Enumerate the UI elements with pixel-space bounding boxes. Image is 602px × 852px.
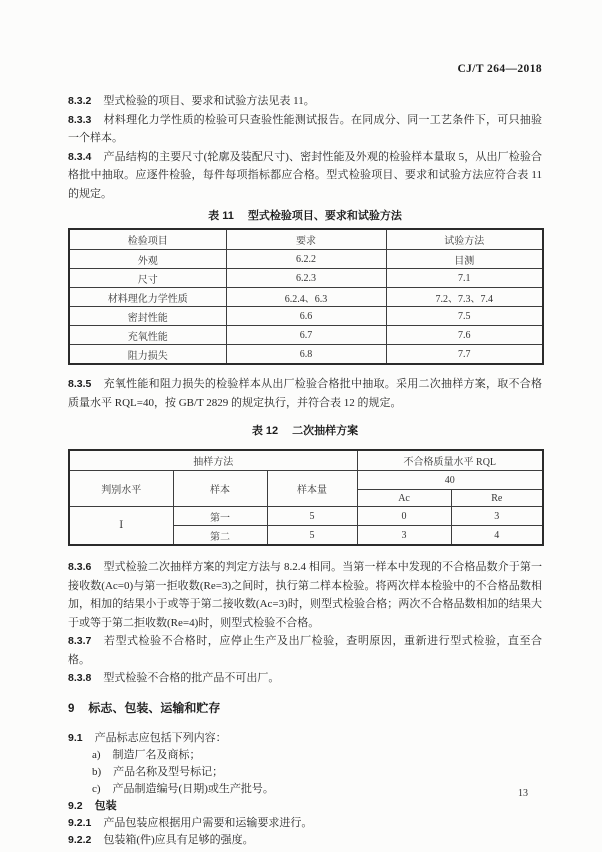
table-11-caption-label: 表 11 bbox=[208, 210, 234, 222]
clause-8-3-8: 8.3.8型式检验不合格的批产品不可出厂。 bbox=[68, 669, 542, 688]
clause-text: 包装箱(件)应具有足够的强度。 bbox=[103, 834, 253, 846]
clause-number: 8.3.3 bbox=[68, 114, 91, 126]
column-header: 要求 bbox=[226, 229, 386, 250]
list-item-label: a) bbox=[92, 749, 101, 761]
clause-number: 8.3.5 bbox=[68, 378, 91, 390]
list-item-label: c) bbox=[92, 783, 101, 795]
list-item-label: b) bbox=[92, 766, 101, 778]
clause-text: 型式检验的项目、要求和试验方法见表 11。 bbox=[103, 95, 314, 107]
list-item-text: 产品制造编号(日期)或生产批号。 bbox=[113, 783, 274, 795]
cell: 6.6 bbox=[226, 307, 386, 326]
clause-text: 产品标志应包括下列内容： bbox=[95, 732, 227, 744]
cell: 7.6 bbox=[386, 326, 543, 345]
table-row: 外观 6.2.2 目测 bbox=[69, 250, 543, 269]
clause-8-3-5: 8.3.5充氧性能和阻力损失的检验样本从出厂检验合格批中抽取。采用二次抽样方案，… bbox=[68, 375, 542, 412]
clause-8-3-2: 8.3.2型式检验的项目、要求和试验方法见表 11。 bbox=[68, 92, 542, 111]
cell: 充氧性能 bbox=[69, 326, 226, 345]
clause-number: 8.3.4 bbox=[68, 151, 91, 163]
clause-text: 产品结构的主要尺寸(轮廓及装配尺寸)、密封性能及外观的检验样本量取 5，从出厂检… bbox=[68, 151, 542, 200]
cell: 第二 bbox=[173, 526, 267, 546]
clause-number: 9.1 bbox=[68, 732, 83, 744]
table-12: 抽样方法 不合格质量水平 RQL 判别水平 样本 样本量 40 Ac Re Ⅰ … bbox=[68, 449, 544, 546]
clause-text: 材料理化力学性质的检验可只查验性能测试报告。在同成分、同一工艺条件下，可只抽验一… bbox=[68, 114, 542, 145]
cell: 7.2、7.3、7.4 bbox=[386, 288, 543, 307]
page-number: 13 bbox=[518, 788, 528, 799]
clause-9-1: 9.1产品标志应包括下列内容： bbox=[68, 730, 542, 747]
cell: 7.1 bbox=[386, 269, 543, 288]
cell: 6.2.4、6.3 bbox=[226, 288, 386, 307]
table-row: Ⅰ 第一 5 0 3 bbox=[69, 507, 543, 526]
clause-8-3-6: 8.3.6型式检验二次抽样方案的判定方法与 8.2.4 相同。当第一样本中发现的… bbox=[68, 558, 542, 632]
list-item-a: a)制造厂名及商标； bbox=[68, 747, 542, 764]
clause-title: 包装 bbox=[95, 800, 117, 812]
table-12-subheader-row: 判别水平 样本 样本量 40 bbox=[69, 471, 543, 490]
clause-8-3-4: 8.3.4产品结构的主要尺寸(轮廓及装配尺寸)、密封性能及外观的检验样本量取 5… bbox=[68, 148, 542, 204]
clause-number: 8.3.8 bbox=[68, 672, 91, 684]
clause-text: 充氧性能和阻力损失的检验样本从出厂检验合格批中抽取。采用二次抽样方案，取不合格质… bbox=[68, 378, 542, 409]
table-12-caption-label: 表 12 bbox=[252, 425, 278, 437]
cell-sample-size: 样本量 bbox=[267, 471, 357, 507]
table-11-caption-title: 型式检验项目、要求和试验方法 bbox=[248, 210, 402, 222]
clause-9-2: 9.2包装 bbox=[68, 798, 542, 815]
clause-number: 9.2.1 bbox=[68, 817, 91, 829]
cell: 5 bbox=[267, 507, 357, 526]
cell: 6.8 bbox=[226, 345, 386, 365]
column-header: 试验方法 bbox=[386, 229, 543, 250]
clause-text: 型式检验二次抽样方案的判定方法与 8.2.4 相同。当第一样本中发现的不合格品数… bbox=[68, 561, 542, 629]
table-row: 材料理化力学性质 6.2.4、6.3 7.2、7.3、7.4 bbox=[69, 288, 543, 307]
cell: 6.2.3 bbox=[226, 269, 386, 288]
cell-sample: 样本 bbox=[173, 471, 267, 507]
cell: 目测 bbox=[386, 250, 543, 269]
clause-number: 8.3.2 bbox=[68, 95, 91, 107]
cell-sampling-method: 抽样方法 bbox=[69, 450, 357, 471]
clause-8-3-7: 8.3.7若型式检验不合格时，应停止生产及出厂检验，查明原因，重新进行型式检验，… bbox=[68, 632, 542, 669]
list-item-text: 产品名称及型号标记； bbox=[113, 766, 223, 778]
clause-9-2-2: 9.2.2包装箱(件)应具有足够的强度。 bbox=[68, 832, 542, 849]
cell-level-value: Ⅰ bbox=[69, 507, 173, 546]
document-page: CJ/T 264—2018 8.3.2型式检验的项目、要求和试验方法见表 11。… bbox=[0, 0, 602, 852]
table-row: 密封性能 6.6 7.5 bbox=[69, 307, 543, 326]
column-header: 检验项目 bbox=[69, 229, 226, 250]
clause-number: 9.2.2 bbox=[68, 834, 91, 846]
table-row: 充氧性能 6.7 7.6 bbox=[69, 326, 543, 345]
cell-rql: 不合格质量水平 RQL bbox=[357, 450, 543, 471]
list-item-c: c)产品制造编号(日期)或生产批号。 bbox=[68, 781, 542, 798]
clause-number: 9.2 bbox=[68, 800, 83, 812]
clause-text: 产品包装应根据用户需要和运输要求进行。 bbox=[103, 817, 312, 829]
cell-ac: Ac bbox=[357, 490, 451, 507]
clause-number: 8.3.7 bbox=[68, 635, 91, 647]
doc-number: CJ/T 264—2018 bbox=[457, 63, 542, 75]
section-title: 标志、包装、运输和贮存 bbox=[88, 701, 220, 715]
cell: 外观 bbox=[69, 250, 226, 269]
clause-text: 型式检验不合格的批产品不可出厂。 bbox=[103, 672, 279, 684]
cell: 3 bbox=[451, 507, 543, 526]
clause-8-3-3: 8.3.3材料理化力学性质的检验可只查验性能测试报告。在同成分、同一工艺条件下，… bbox=[68, 111, 542, 148]
clause-text: 若型式检验不合格时，应停止生产及出厂检验，查明原因，重新进行型式检验，直至合格。 bbox=[68, 635, 542, 666]
list-item-b: b)产品名称及型号标记； bbox=[68, 764, 542, 781]
cell: 4 bbox=[451, 526, 543, 546]
cell: 尺寸 bbox=[69, 269, 226, 288]
clause-9-2-1: 9.2.1产品包装应根据用户需要和运输要求进行。 bbox=[68, 815, 542, 832]
table-row: 尺寸 6.2.3 7.1 bbox=[69, 269, 543, 288]
cell: 材料理化力学性质 bbox=[69, 288, 226, 307]
table-11-header-row: 检验项目 要求 试验方法 bbox=[69, 229, 543, 250]
section-number: 9 bbox=[68, 703, 74, 715]
table-12-caption-title: 二次抽样方案 bbox=[292, 425, 358, 437]
cell-re: Re bbox=[451, 490, 543, 507]
table-11: 检验项目 要求 试验方法 外观 6.2.2 目测 尺寸 6.2.3 7.1 材料… bbox=[68, 228, 544, 365]
cell: 密封性能 bbox=[69, 307, 226, 326]
cell-level: 判别水平 bbox=[69, 471, 173, 507]
cell: 5 bbox=[267, 526, 357, 546]
cell: 6.7 bbox=[226, 326, 386, 345]
table-row: 阻力损失 6.8 7.7 bbox=[69, 345, 543, 365]
cell: 6.2.2 bbox=[226, 250, 386, 269]
cell-rql-value: 40 bbox=[357, 471, 543, 490]
doc-header: CJ/T 264—2018 bbox=[68, 62, 542, 76]
table-12-header-row: 抽样方法 不合格质量水平 RQL bbox=[69, 450, 543, 471]
clause-number: 8.3.6 bbox=[68, 561, 91, 573]
cell: 7.5 bbox=[386, 307, 543, 326]
cell: 第一 bbox=[173, 507, 267, 526]
cell: 7.7 bbox=[386, 345, 543, 365]
table-12-caption: 表 12二次抽样方案 bbox=[68, 422, 542, 440]
table-11-caption: 表 11型式检验项目、要求和试验方法 bbox=[68, 207, 542, 225]
cell: 0 bbox=[357, 507, 451, 526]
cell: 3 bbox=[357, 526, 451, 546]
section-9-heading: 9标志、包装、运输和贮存 bbox=[68, 700, 542, 717]
cell: 阻力损失 bbox=[69, 345, 226, 365]
list-item-text: 制造厂名及商标； bbox=[113, 749, 201, 761]
